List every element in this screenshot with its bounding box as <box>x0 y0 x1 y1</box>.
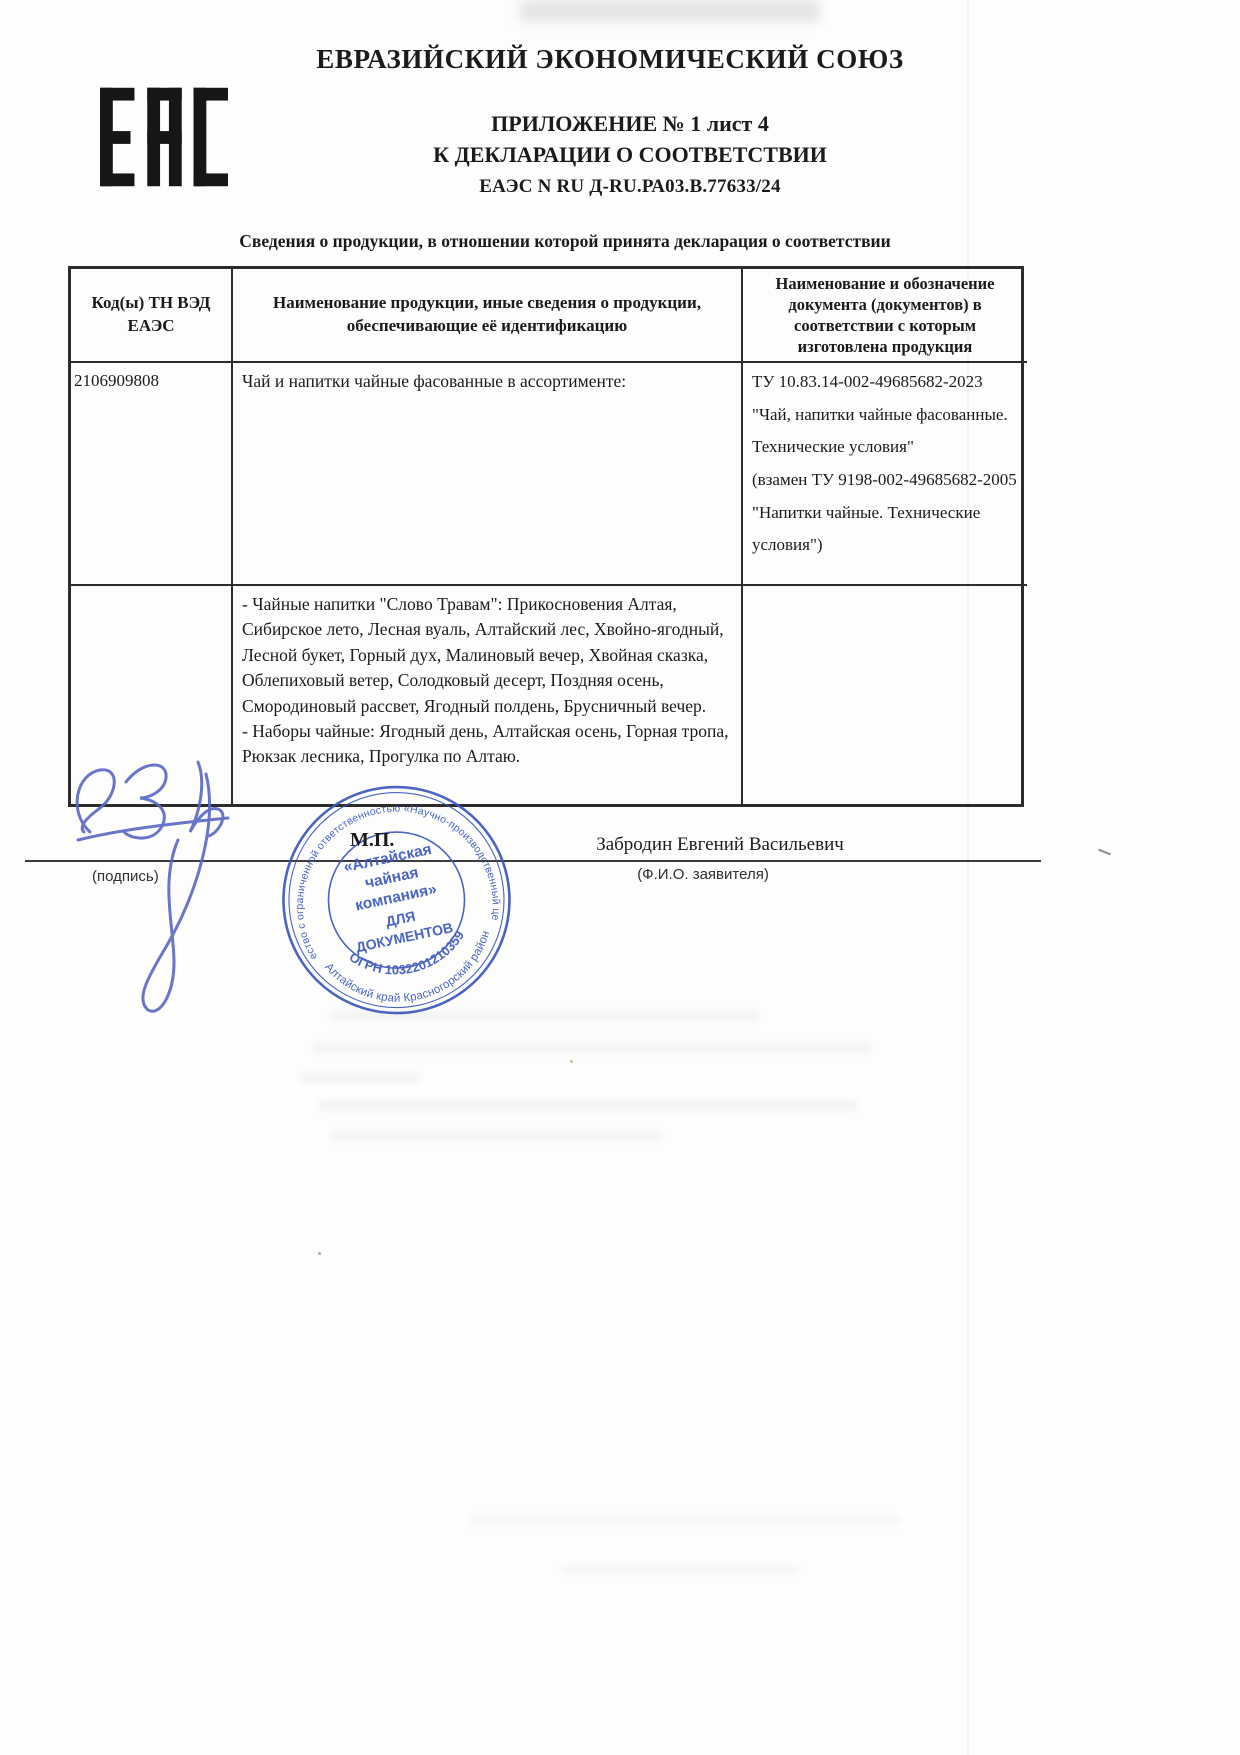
scan-dot-artifact <box>570 1060 573 1063</box>
table-row-code: 2106909808 <box>71 363 233 586</box>
appendix-line: ПРИЛОЖЕНИЕ № 1 лист 4 <box>170 112 1090 136</box>
table-row-document: ТУ 10.83.14-002-49685682-2023 "Чай, напи… <box>743 363 1027 586</box>
table-header-code: Код(ы) ТН ВЭД ЕАЭС <box>71 269 233 363</box>
declaration-number: ЕАЭС N RU Д-RU.РА03.В.77633/24 <box>170 176 1090 197</box>
table-header-document: Наименование и обозначение документа (до… <box>743 269 1027 363</box>
table-header-product: Наименование продукции, иные сведения о … <box>233 269 743 363</box>
bleedthrough-smudge <box>318 1100 858 1111</box>
company-stamp: Общество с ограниченной ответственностью… <box>219 722 576 1083</box>
scan-smudge-top <box>520 0 820 22</box>
bleedthrough-smudge <box>332 1130 662 1141</box>
applicant-name: Забродин Евгений Васильевич <box>500 834 940 856</box>
bleedthrough-smudge <box>470 1515 900 1526</box>
mp-seal-label: М.П. <box>350 829 394 852</box>
table-row-document <box>743 586 1027 804</box>
scan-dot-artifact <box>318 1252 321 1255</box>
handwritten-signature <box>48 722 258 1027</box>
pen-tick-mark <box>1098 849 1111 856</box>
applicant-caption: (Ф.И.О. заявителя) <box>558 866 848 883</box>
declaration-appendix-page: ЕВРАЗИЙСКИЙ ЭКОНОМИЧЕСКИЙ СОЮЗ ПРИЛОЖЕНИ… <box>0 0 1240 1755</box>
union-title: ЕВРАЗИЙСКИЙ ЭКОНОМИЧЕСКИЙ СОЮЗ <box>170 44 1050 75</box>
declaration-line: К ДЕКЛАРАЦИИ О СООТВЕТСТВИИ <box>170 143 1090 167</box>
section-title: Сведения о продукции, в отношении которо… <box>60 231 1070 252</box>
scan-artifact-vertical-line <box>967 0 969 1755</box>
appendix-header-block: ПРИЛОЖЕНИЕ № 1 лист 4 К ДЕКЛАРАЦИИ О СОО… <box>170 112 1090 197</box>
bleedthrough-smudge <box>560 1565 800 1575</box>
table-row-product: Чай и напитки чайные фасованные в ассорт… <box>233 363 743 586</box>
